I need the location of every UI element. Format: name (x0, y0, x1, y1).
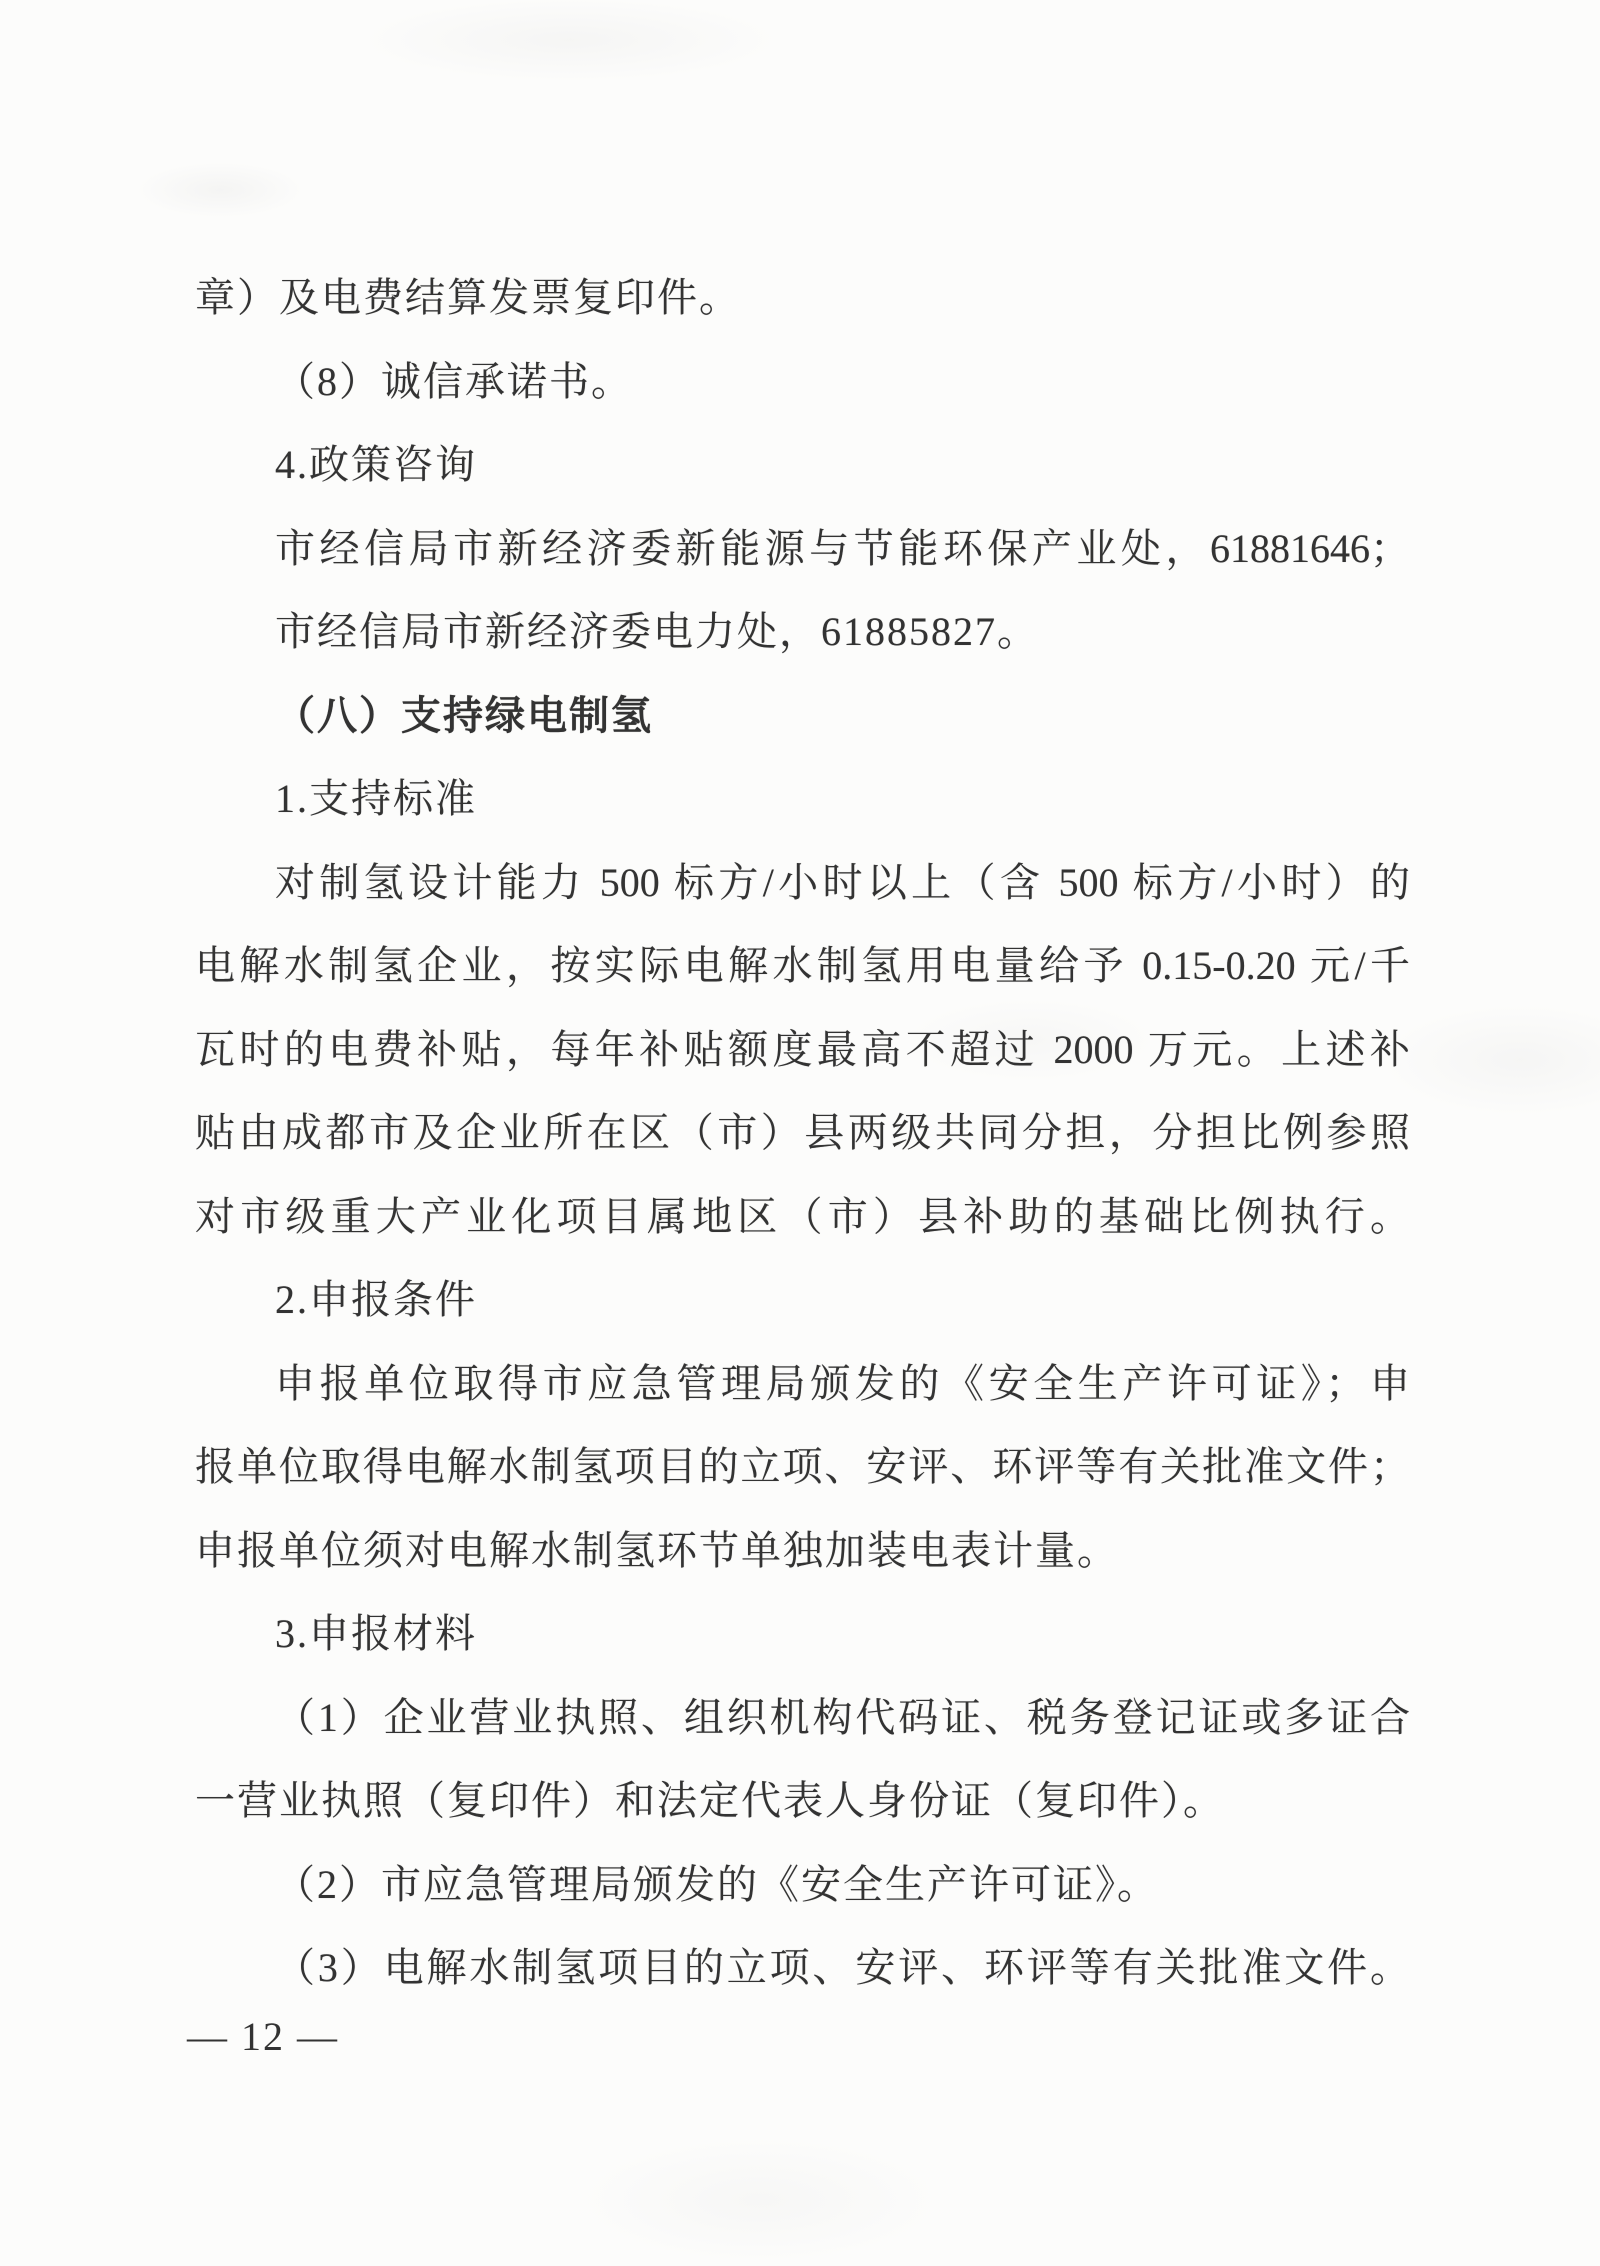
text-line: 报单位取得电解水制氢项目的立项、安评、环评等有关批准文件； (195, 1425, 1410, 1509)
text-line: 章）及电费结算发票复印件。 (195, 256, 1410, 340)
text-line: 申报单位须对电解水制氢环节单独加装电表计量。 (195, 1509, 1410, 1593)
text-line: （8）诚信承诺书。 (195, 340, 1410, 424)
text-line: 2.申报条件 (195, 1258, 1410, 1342)
text-line: 市经信局市新经济委新能源与节能环保产业处，61881646； (195, 507, 1410, 591)
text-line: 一营业执照（复印件）和法定代表人身份证（复印件）。 (195, 1759, 1410, 1843)
text-line: 电解水制氢企业，按实际电解水制氢用电量给予 0.15-0.20 元/千 (195, 924, 1410, 1008)
text-line: 4.政策咨询 (195, 423, 1410, 507)
text-line: （2）市应急管理局颁发的《安全生产许可证》。 (195, 1843, 1410, 1927)
text-line: 对制氢设计能力 500 标方/小时以上（含 500 标方/小时）的 (195, 841, 1410, 925)
text-line: 贴由成都市及企业所在区（市）县两级共同分担，分担比例参照 (195, 1091, 1410, 1175)
text-line: 对市级重大产业化项目属地区（市）县补助的基础比例执行。 (195, 1175, 1410, 1259)
text-line: （3）电解水制氢项目的立项、安评、环评等有关批准文件。 (195, 1926, 1410, 2010)
page-number: — 12 — (187, 2012, 339, 2062)
text-line: 市经信局市新经济委电力处，61885827。 (195, 590, 1410, 674)
text-line: （1）企业营业执照、组织机构代码证、税务登记证或多证合 (195, 1676, 1410, 1760)
text-line: 3.申报材料 (195, 1592, 1410, 1676)
text-line: 1.支持标准 (195, 757, 1410, 841)
text-line: 申报单位取得市应急管理局颁发的《安全生产许可证》；申 (195, 1342, 1410, 1426)
document-body: 章）及电费结算发票复印件。（8）诚信承诺书。4.政策咨询市经信局市新经济委新能源… (195, 256, 1410, 2010)
document-page: 章）及电费结算发票复印件。（8）诚信承诺书。4.政策咨询市经信局市新经济委新能源… (0, 0, 1600, 2266)
section-heading: （八）支持绿电制氢 (195, 674, 1410, 758)
text-line: 瓦时的电费补贴，每年补贴额度最高不超过 2000 万元。上述补 (195, 1008, 1410, 1092)
